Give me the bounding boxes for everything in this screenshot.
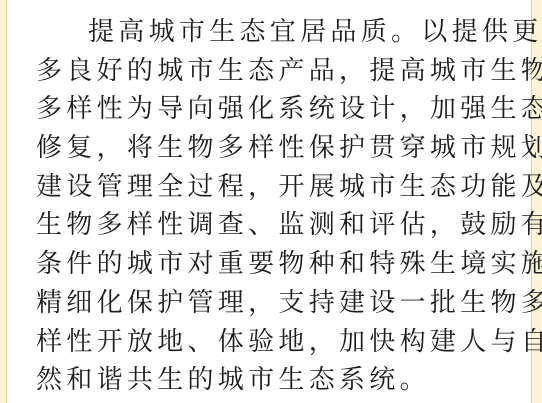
paragraph-line: 然和谐共生的城市生态系统。: [36, 361, 506, 400]
paragraph-line: 样性开放地、体验地，加快构建人与自: [36, 323, 506, 362]
paragraph-line: 多良好的城市生态产品，提高城市生物: [36, 52, 506, 91]
paragraph-line: 精细化保护管理，支持建设一批生物多: [36, 284, 506, 323]
paragraph-line: 生物多样性调查、监测和评估，鼓励有: [36, 206, 506, 245]
paragraph-line: 条件的城市对重要物种和特殊生境实施: [36, 245, 506, 284]
paragraph-line: 提高城市生态宜居品质。以提供更: [36, 13, 506, 52]
paragraph: 提高城市生态宜居品质。以提供更 多良好的城市生态产品，提高城市生物 多样性为导向…: [36, 13, 506, 400]
paragraph-line: 修复，将生物多样性保护贯穿城市规划: [36, 129, 506, 168]
paragraph-line: 多样性为导向强化系统设计，加强生态: [36, 90, 506, 129]
content-panel: 提高城市生态宜居品质。以提供更 多良好的城市生态产品，提高城市生物 多样性为导向…: [6, 0, 532, 403]
paragraph-line: 建设管理全过程，开展城市生态功能及: [36, 168, 506, 207]
